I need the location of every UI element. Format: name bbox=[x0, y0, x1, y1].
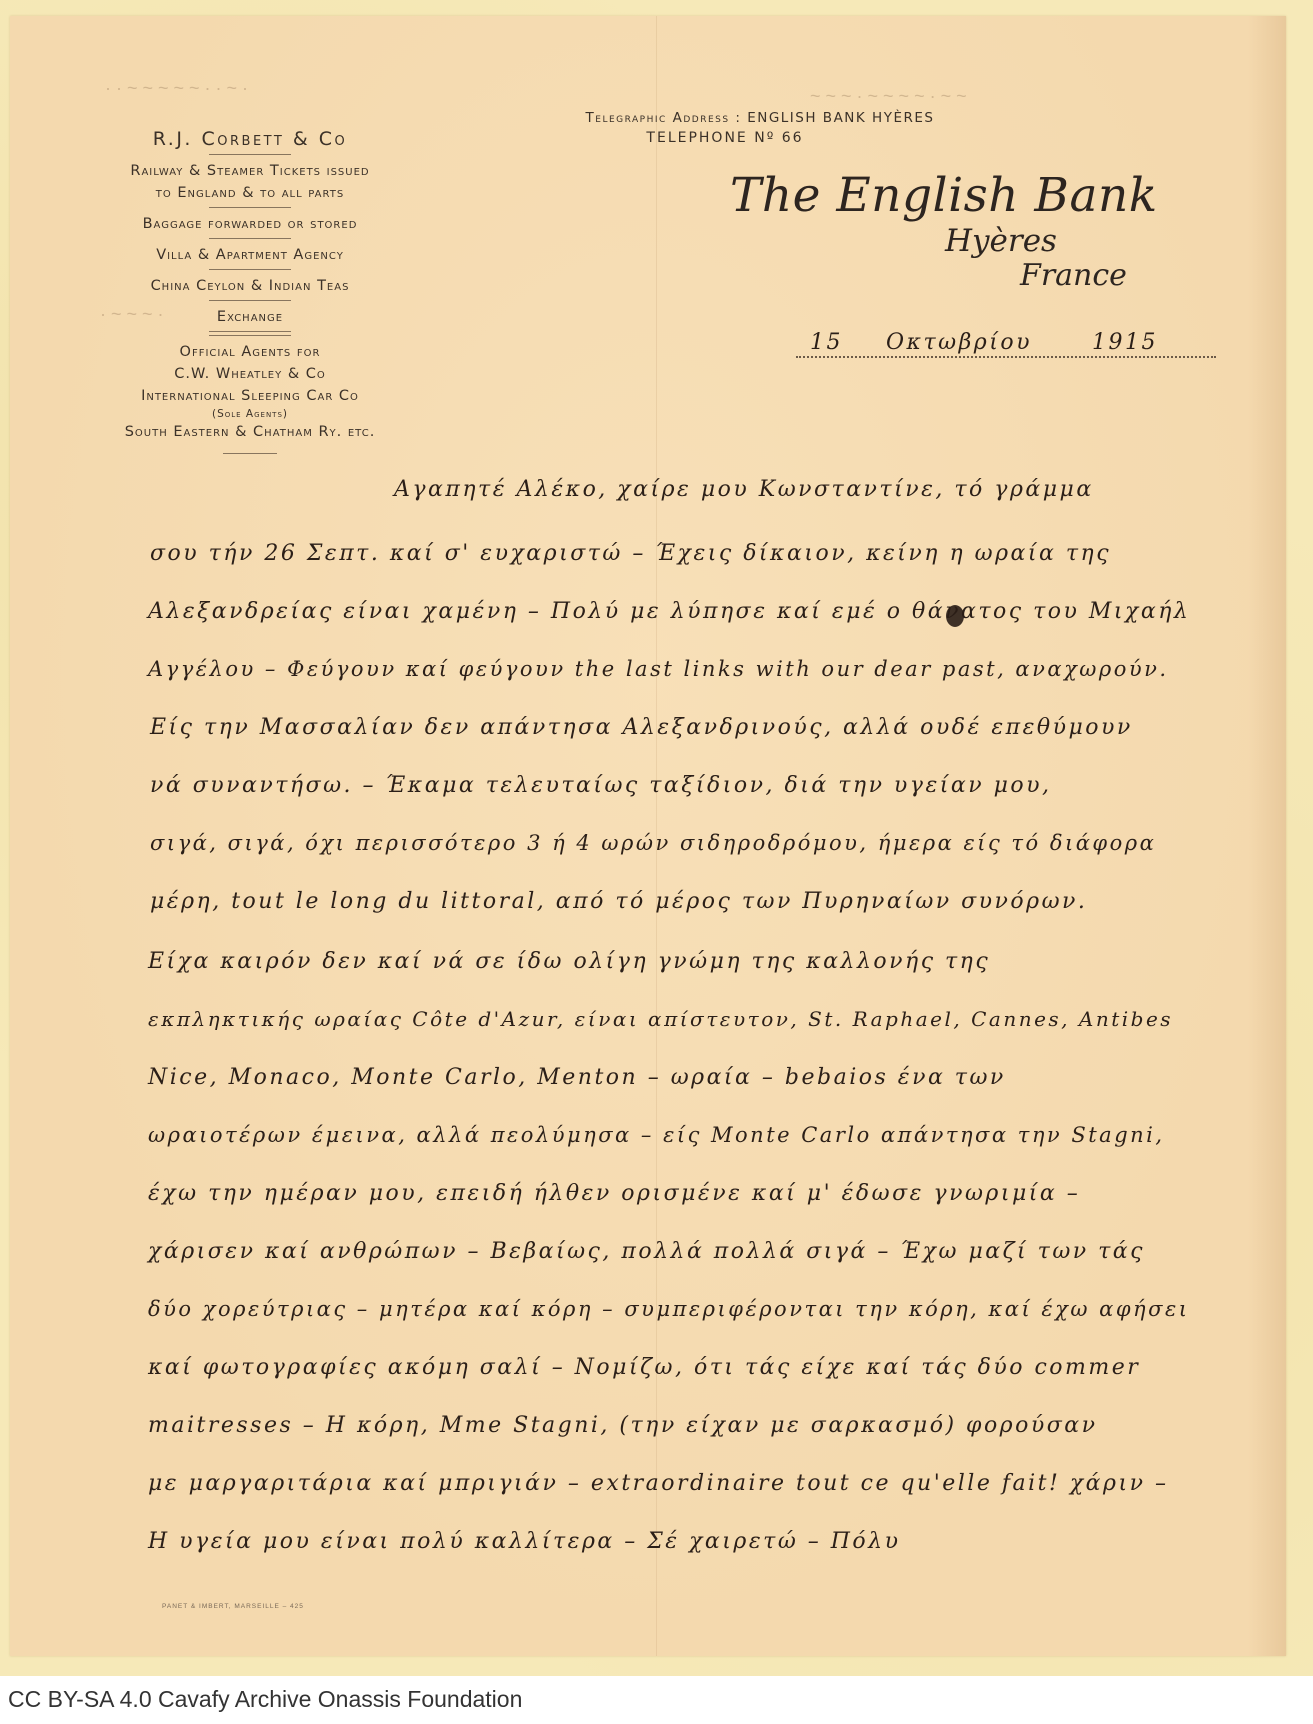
bank-city: Hyères bbox=[945, 223, 1057, 259]
telegraphic-address: Telegraphic Address : ENGLISH BANK HYÈRE… bbox=[500, 110, 1020, 126]
letter-line: νά συναντήσω. – Έκαμα τελευταίως ταξίδιο… bbox=[150, 773, 1052, 798]
letterhead-agency-block: R.J. Corbett & Co Railway & Steamer Tick… bbox=[82, 128, 418, 459]
letter-line: δύο χορεύτριας – μητέρα καί κόρη – συμπε… bbox=[148, 1297, 1189, 1321]
telephone-number: TELEPHONE Nº 66 bbox=[430, 130, 1020, 146]
letter-line: σιγά, σιγά, όχι περισσότερο 3 ή 4 ωρών σ… bbox=[150, 831, 1156, 855]
divider bbox=[209, 154, 291, 155]
bank-name: The English Bank bbox=[730, 168, 1158, 223]
service-line: C.W. Wheatley & Co bbox=[82, 363, 418, 385]
letter-line: Αγγέλου – Φεύγουν καί φεύγουν the last l… bbox=[148, 657, 1169, 681]
divider bbox=[209, 207, 291, 208]
letter-line: καί φωτογραφίες ακόμη σαλί – Νομίζω, ότι… bbox=[148, 1355, 1140, 1380]
letter-line: Είχα καιρόν δεν καί νά σε ίδω ολίγη γνώμ… bbox=[148, 949, 990, 974]
service-line: Exchange bbox=[82, 306, 418, 328]
letter-line: Nice, Monaco, Monte Carlo, Menton – ωραί… bbox=[148, 1065, 1006, 1090]
letter-line: έχω την ημέραν μου, επειδή ήλθεν ορισμέν… bbox=[148, 1181, 1080, 1206]
letter-sheet: · · ~ ~ ~ ~ ~ · · ~ · ~ ~ ~ · ~ ~ ~ ~ · … bbox=[10, 16, 1286, 1656]
ink-blot bbox=[946, 605, 964, 627]
date-year: 1915 bbox=[1092, 330, 1158, 355]
service-line: Official Agents for bbox=[82, 341, 418, 363]
letter-line: ωραιοτέρων έμεινα, αλλά πεολύμησα – είς … bbox=[148, 1123, 1165, 1147]
service-line: Baggage forwarded or stored bbox=[82, 213, 418, 235]
bleed-through-text: ~ ~ ~ · ~ ~ ~ ~ · ~ ~ bbox=[810, 86, 967, 107]
service-line-small: (Sole Agents) bbox=[82, 407, 418, 421]
service-line: Villa & Apartment Agency bbox=[82, 244, 418, 266]
date-day: 15 bbox=[810, 330, 843, 355]
image-credit: CC BY-SA 4.0 Cavafy Archive Onassis Foun… bbox=[8, 1686, 522, 1713]
date-month: Οκτωβρίου bbox=[886, 330, 1032, 355]
letter-line: Αγαπητέ Αλέκο, χαίρε μου Κωνσταντίνε, τό… bbox=[394, 477, 1094, 502]
divider bbox=[209, 269, 291, 270]
letterhead-contact-block: Telegraphic Address : ENGLISH BANK HYÈRE… bbox=[500, 110, 1020, 146]
letter-line: Είς την Μασσαλίαν δεν απάντησα Αλεξανδρι… bbox=[150, 715, 1133, 740]
printer-mark: PANET & IMBERT, MARSEILLE – 425 bbox=[162, 1603, 304, 1610]
letter-line: maitresses – Η κόρη, Mme Stagni, (την εί… bbox=[148, 1413, 1097, 1438]
letter-line: εκπληκτικής ωραίας Côte d'Azur, είναι απ… bbox=[148, 1007, 1173, 1031]
service-line: to England & to all parts bbox=[82, 182, 418, 204]
date-dotted-line bbox=[796, 356, 1216, 358]
service-line: China Ceylon & Indian Teas bbox=[82, 275, 418, 297]
bank-country: France bbox=[1020, 258, 1127, 293]
service-line: South Eastern & Chatham Ry. etc. bbox=[82, 421, 418, 443]
double-divider bbox=[209, 331, 291, 336]
letter-line: Αλεξανδρείας είναι χαμένη – Πολύ με λύπη… bbox=[148, 599, 1190, 624]
letter-line: χάρισεν καί ανθρώπων – Βεβαίως, πολλά πο… bbox=[148, 1239, 1145, 1264]
divider bbox=[209, 300, 291, 301]
service-line: Railway & Steamer Tickets issued bbox=[82, 160, 418, 182]
divider bbox=[223, 453, 277, 454]
letter-line: μέρη, tout le long du littoral, από τό μ… bbox=[150, 889, 1087, 914]
letter-line: σου τήν 26 Σεπτ. καί σ' ευχαριστώ – Έχει… bbox=[150, 541, 1111, 566]
divider bbox=[209, 238, 291, 239]
letter-line: με μαργαριτάρια καί μπριγιάν – extraordi… bbox=[148, 1471, 1168, 1496]
bleed-through-text: · · ~ ~ ~ ~ ~ · · ~ · bbox=[105, 78, 248, 99]
agency-company-name: R.J. Corbett & Co bbox=[82, 128, 418, 150]
service-line: International Sleeping Car Co bbox=[82, 385, 418, 407]
letter-line: Η υγεία μου είναι πολύ καλλίτερα – Σέ χα… bbox=[148, 1529, 901, 1554]
